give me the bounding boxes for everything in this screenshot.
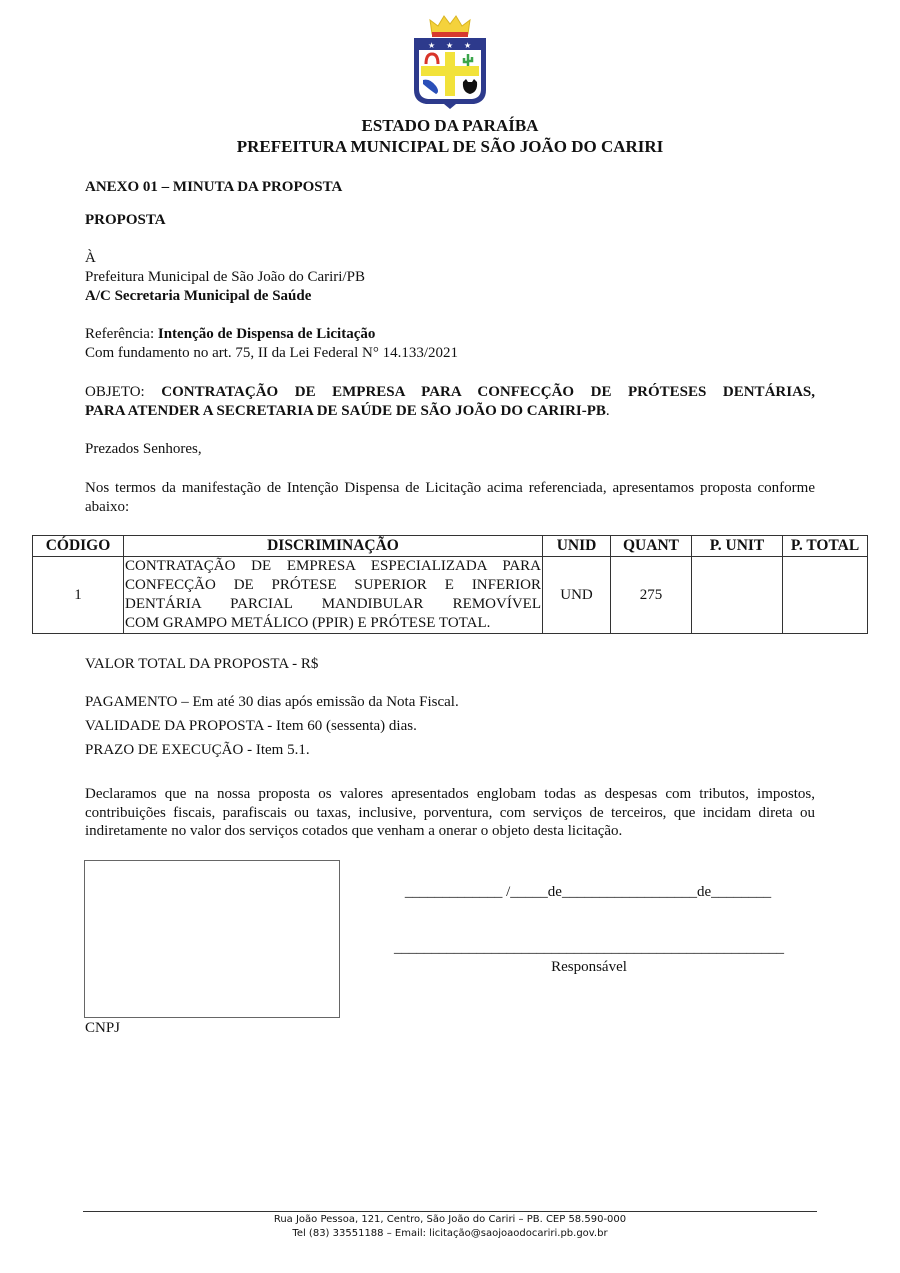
svg-text:★: ★ — [464, 41, 471, 50]
municipal-coat-of-arms-icon: ★ ★ ★ — [410, 12, 490, 110]
signature-line: ________________________________________… — [380, 940, 798, 957]
object-line-2: PARA ATENDER A SECRETARIA DE SAÚDE DE SÃ… — [85, 402, 610, 420]
footer-address: Rua João Pessoa, 121, Centro, São João d… — [0, 1213, 900, 1227]
cell-code: 1 — [33, 557, 124, 634]
date-fill-line: _____________ /_____de__________________… — [383, 884, 793, 901]
greeting: Prezados Senhores, — [85, 440, 202, 458]
cell-description: CONTRATAÇÃO DE EMPRESA ESPECIALIZADA PAR… — [124, 557, 543, 634]
cell-unit-price[interactable] — [692, 557, 783, 634]
col-quant: QUANT — [611, 536, 692, 557]
declaration-paragraph: Declaramos que na nossa proposta os valo… — [85, 785, 815, 841]
reference-label: Referência: — [85, 326, 158, 342]
addressee-attention: A/C Secretaria Municipal de Saúde — [85, 287, 311, 305]
payment-terms: PAGAMENTO – Em até 30 dias após emissão … — [85, 693, 459, 711]
col-discriminacao: DISCRIMINAÇÃO — [124, 536, 543, 557]
col-unid: UNID — [543, 536, 611, 557]
col-p-total: P. TOTAL — [783, 536, 868, 557]
proposal-validity: VALIDADE DA PROPOSTA - Item 60 (sessenta… — [85, 717, 417, 735]
cnpj-label: CNPJ — [85, 1019, 120, 1037]
table-header-row: CÓDIGO DISCRIMINAÇÃO UNID QUANT P. UNIT … — [33, 536, 868, 557]
object-line-1: OBJETO: CONTRATAÇÃO DE EMPRESA PARA CONF… — [85, 383, 815, 402]
svg-text:★: ★ — [446, 41, 453, 50]
state-heading: ESTADO DA PARAÍBA — [0, 116, 900, 136]
items-table: CÓDIGO DISCRIMINAÇÃO UNID QUANT P. UNIT … — [32, 535, 868, 634]
col-p-unit: P. UNIT — [692, 536, 783, 557]
municipality-heading: PREFEITURA MUNICIPAL DE SÃO JOÃO DO CARI… — [0, 137, 900, 157]
proposal-title: PROPOSTA — [85, 211, 166, 229]
cell-quantity: 275 — [611, 557, 692, 634]
company-stamp-box — [84, 860, 340, 1018]
object-text-2: PARA ATENDER A SECRETARIA DE SAÚDE DE SÃ… — [85, 403, 606, 419]
object-label: OBJETO: — [85, 384, 161, 400]
cell-unit: UND — [543, 557, 611, 634]
legal-basis: Com fundamento no art. 75, II da Lei Fed… — [85, 344, 458, 362]
reference-value: Intenção de Dispensa de Licitação — [158, 326, 376, 342]
total-value: VALOR TOTAL DA PROPOSTA - R$ — [85, 655, 318, 673]
footer-contact: Tel (83) 33551188 – Email: licitação@sao… — [0, 1227, 900, 1241]
col-codigo: CÓDIGO — [33, 536, 124, 557]
table-row: 1 CONTRATAÇÃO DE EMPRESA ESPECIALIZADA P… — [33, 557, 868, 634]
responsible-label: Responsável — [380, 959, 798, 976]
reference-line: Referência: Intenção de Dispensa de Lici… — [85, 325, 375, 343]
addressee-entity: Prefeitura Municipal de São João do Cari… — [85, 268, 365, 286]
cell-total-price[interactable] — [783, 557, 868, 634]
object-text-1: CONTRATAÇÃO DE EMPRESA PARA CONFECÇÃO DE… — [161, 384, 815, 400]
intro-paragraph: Nos termos da manifestação de Intenção D… — [85, 479, 815, 516]
svg-text:★: ★ — [428, 41, 435, 50]
addressee-to: À — [85, 249, 96, 267]
execution-deadline: PRAZO DE EXECUÇÃO - Item 5.1. — [85, 741, 310, 759]
footer-divider — [83, 1211, 817, 1212]
annex-title: ANEXO 01 – MINUTA DA PROPOSTA — [85, 178, 342, 196]
